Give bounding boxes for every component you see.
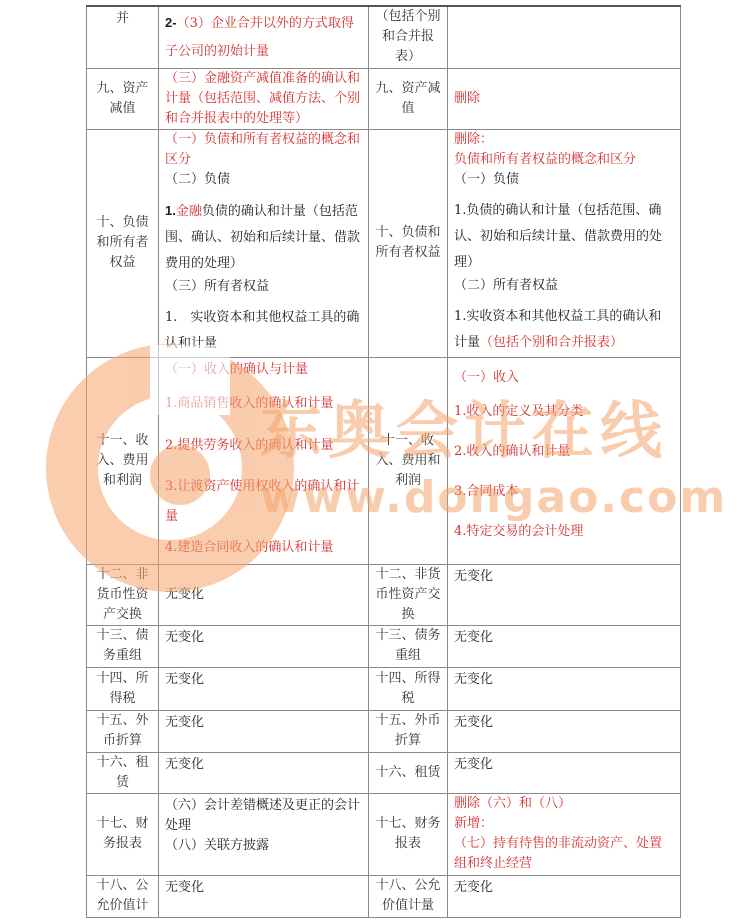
old-content-cell: （一）收入的确认与计量 1.商品销售收入的确认和计量 2.提供劳务收入的确认和计… xyxy=(159,357,369,564)
old-content-cell: 2-（3）企业合并以外的方式取得子公司的初始计量 xyxy=(159,6,369,68)
old-content-cell: （六）会计差错概述及更正的会计处理 （八）关联方披露 xyxy=(159,793,369,875)
old-content-cell: 无变化 xyxy=(159,875,369,917)
old-content-cell: （三）金融资产减值准备的确认和计量（包括范围、减值方法、个别和合并报表中的处理等… xyxy=(159,68,369,129)
old-content-cell: （一）负债和所有者权益的概念和区分 （二）负债 1.金融负债的确认和计量（包括范… xyxy=(159,129,369,357)
new-chapter-cell: 十二、非货币性资产交换 xyxy=(369,564,448,625)
table-row: 十六、租赁 无变化 十六、租赁 无变化 xyxy=(87,752,681,793)
old-chapter-cell: 九、资产减值 xyxy=(87,68,159,129)
old-chapter-cell: 十、负债和所有者权益 xyxy=(87,129,159,357)
new-chapter-cell: 十三、债务重组 xyxy=(369,625,448,667)
table-row: 十、负债和所有者权益 （一）负债和所有者权益的概念和区分 （二）负债 1.金融负… xyxy=(87,129,681,357)
new-chapter-cell: 十七、财务报表 xyxy=(369,793,448,875)
old-content-cell: 无变化 xyxy=(159,667,369,710)
textbook-change-comparison-table: 并 2-（3）企业合并以外的方式取得子公司的初始计量 （包括个别和合并报表） 九… xyxy=(86,5,681,918)
old-chapter-cell: 十六、租赁 xyxy=(87,752,159,793)
new-chapter-cell: 九、资产减值 xyxy=(369,68,448,129)
old-chapter-cell: 并 xyxy=(87,6,159,68)
old-chapter-cell: 十七、财务报表 xyxy=(87,793,159,875)
old-chapter-cell: 十三、债务重组 xyxy=(87,625,159,667)
new-content-cell: 无变化 xyxy=(448,752,681,793)
table-row: 十四、所得税 无变化 十四、所得税 无变化 xyxy=(87,667,681,710)
new-content-cell: 无变化 xyxy=(448,625,681,667)
new-content-cell: 删除： 负债和所有者权益的概念和区分 （一）负债 1.负债的确认和计量（包括范围… xyxy=(448,129,681,357)
table-row: 十二、非货币性资产交换 无变化 十二、非货币性资产交换 无变化 xyxy=(87,564,681,625)
table-row: 九、资产减值 （三）金融资产减值准备的确认和计量（包括范围、减值方法、个别和合并… xyxy=(87,68,681,129)
new-content-cell xyxy=(448,6,681,68)
old-content-cell: 无变化 xyxy=(159,710,369,752)
new-content-cell: 删除 xyxy=(448,68,681,129)
old-content-cell: 无变化 xyxy=(159,625,369,667)
new-content-cell: （一）收入 1.收入的定义及其分类 2.收入的确认和计量 3.合同成本 4.特定… xyxy=(448,357,681,564)
new-chapter-cell: 十八、公允价值计量 xyxy=(369,875,448,917)
old-chapter-cell: 十二、非货币性资产交换 xyxy=(87,564,159,625)
new-content-cell: 删除（六）和（八） 新增： （七）持有待售的非流动资产、处置组和终止经营 xyxy=(448,793,681,875)
table-row: 十八、公允价值计 无变化 十八、公允价值计量 无变化 xyxy=(87,875,681,917)
new-content-cell: 无变化 xyxy=(448,667,681,710)
new-content-cell: 无变化 xyxy=(448,564,681,625)
new-chapter-cell: 十五、外币折算 xyxy=(369,710,448,752)
new-chapter-cell: 十六、租赁 xyxy=(369,752,448,793)
new-chapter-cell: （包括个别和合并报表） xyxy=(369,6,448,68)
new-content-cell: 无变化 xyxy=(448,710,681,752)
new-chapter-cell: 十、负债和所有者权益 xyxy=(369,129,448,357)
old-content-cell: 无变化 xyxy=(159,752,369,793)
table-row: 十一、收入、费用和利润 （一）收入的确认与计量 1.商品销售收入的确认和计量 2… xyxy=(87,357,681,564)
new-content-cell: 无变化 xyxy=(448,875,681,917)
old-chapter-cell: 十八、公允价值计 xyxy=(87,875,159,917)
new-chapter-cell: 十四、所得税 xyxy=(369,667,448,710)
table-row: 十七、财务报表 （六）会计差错概述及更正的会计处理 （八）关联方披露 十七、财务… xyxy=(87,793,681,875)
old-chapter-cell: 十四、所得税 xyxy=(87,667,159,710)
table-row: 十三、债务重组 无变化 十三、债务重组 无变化 xyxy=(87,625,681,667)
old-chapter-cell: 十一、收入、费用和利润 xyxy=(87,357,159,564)
old-content-cell: 无变化 xyxy=(159,564,369,625)
table-row: 并 2-（3）企业合并以外的方式取得子公司的初始计量 （包括个别和合并报表） xyxy=(87,6,681,68)
new-chapter-cell: 十一、收入、费用和利润 xyxy=(369,357,448,564)
table-row: 十五、外币折算 无变化 十五、外币折算 无变化 xyxy=(87,710,681,752)
old-chapter-cell: 十五、外币折算 xyxy=(87,710,159,752)
